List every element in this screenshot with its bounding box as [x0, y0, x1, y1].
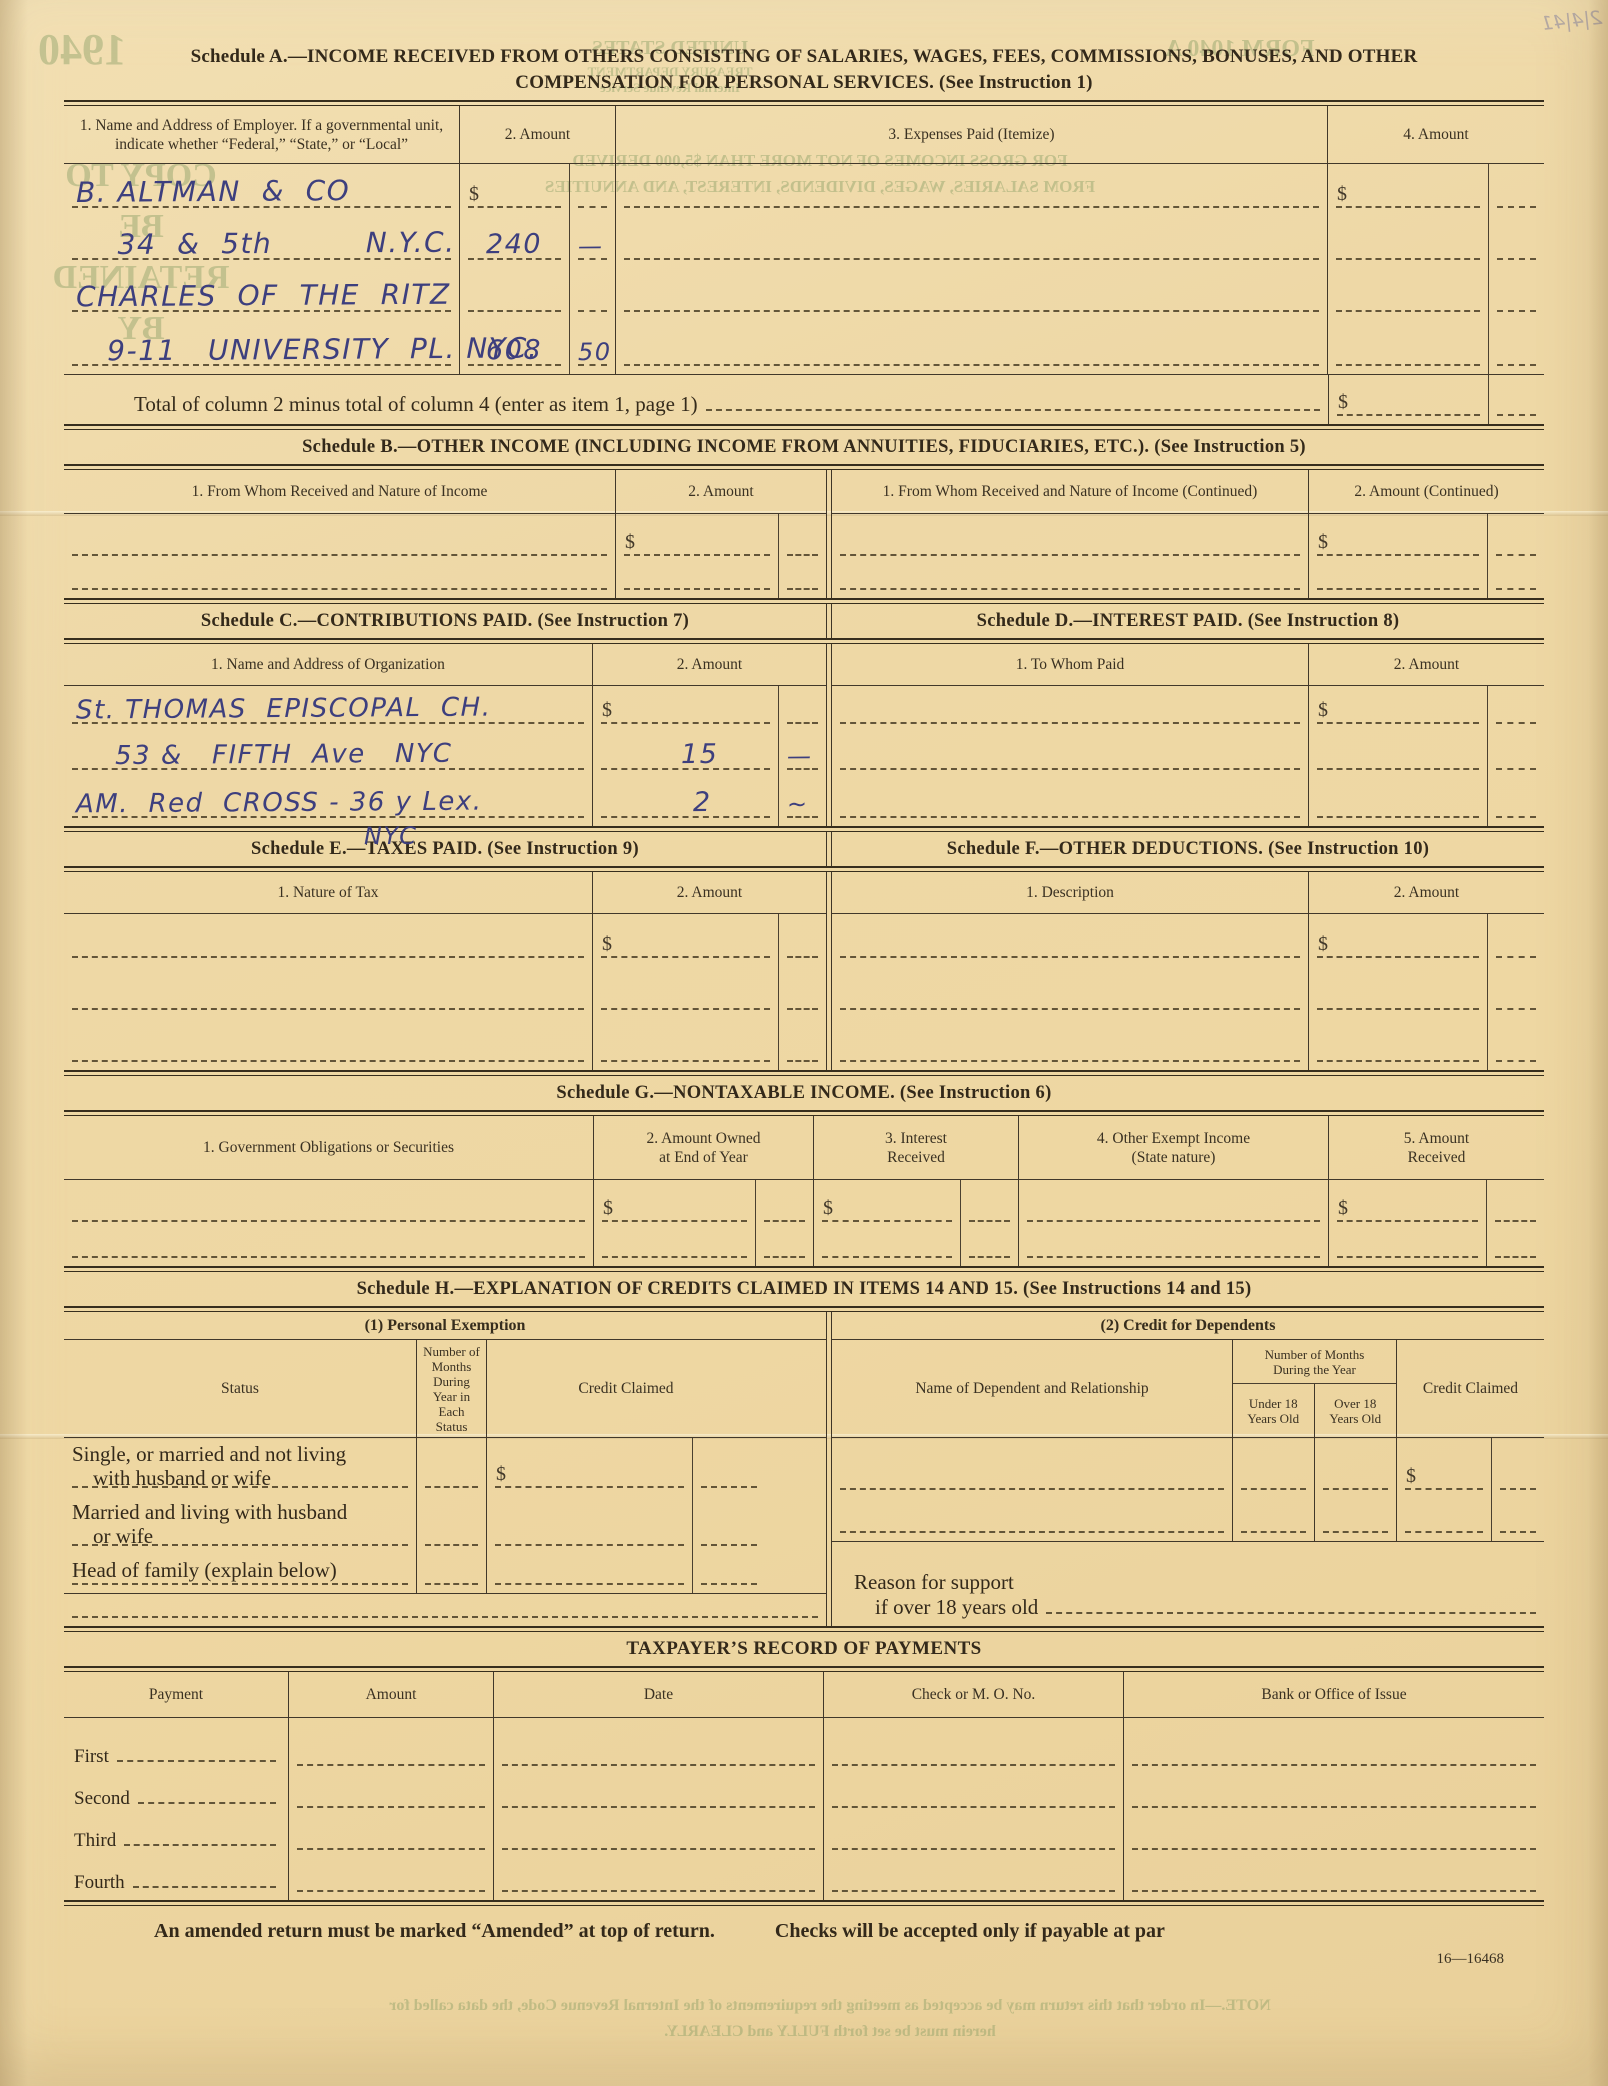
over-18-field [1315, 1438, 1397, 1498]
handwritten-organization: AM. Red CROSS - 36 y Lex. [76, 787, 483, 820]
amount-field [1309, 778, 1544, 826]
left-edge-shadow [0, 0, 28, 2086]
reason-for-support-label: Reason for support if over 18 years old [832, 1570, 1038, 1620]
schedule-a-row-3: CHARLES OF THE RITZ [64, 268, 1544, 320]
payment-label-cell: Fourth [64, 1858, 289, 1900]
col-header-label: 4. Amount [1403, 125, 1468, 144]
dollar-sign: $ [1318, 699, 1328, 722]
schedule-c-title: Schedule C.—CONTRIBUTIONS PAID. (See Ins… [64, 604, 826, 638]
deduction-field [832, 914, 1309, 966]
amount-field [1309, 564, 1544, 598]
col-header-label: 1. Nature of Tax [277, 883, 378, 902]
col-header-label: Name of Dependent and Relationship [915, 1379, 1148, 1398]
schedule-g-title: Schedule G.—NONTAXABLE INCOME. (See Inst… [64, 1076, 1544, 1110]
schedule-c-row-1: St. THOMAS EPISCOPAL CH. $ [64, 686, 826, 732]
payee-field [832, 778, 1309, 826]
explain-below-write-line [64, 1594, 826, 1626]
total-label-cell: Total of column 2 minus total of column … [64, 375, 1328, 424]
status-label: Single, or married and not living with h… [64, 1438, 416, 1490]
dollar-sign: $ [1318, 531, 1328, 554]
dollar-sign: $ [1338, 391, 1348, 414]
schedule-b-title: Schedule B.—OTHER INCOME (INCLUDING INCO… [64, 430, 1544, 464]
dollar-sign: $ [603, 1197, 613, 1220]
col-header-label: 2. Amount [677, 883, 742, 902]
payment-bank-field [1124, 1816, 1544, 1858]
payment-row-third: Third [64, 1816, 1544, 1858]
organization-field: St. THOMAS EPISCOPAL CH. [64, 686, 593, 732]
amount-field [593, 966, 826, 1018]
total-amount-field: $ [1328, 375, 1544, 424]
section-credit-dependents: (2) Credit for Dependents [832, 1312, 1544, 1340]
col-months-status: Number of Months During Year in Each Sta… [417, 1340, 487, 1437]
amount-owned-field: $ [594, 1180, 814, 1230]
col-header-label: Date [644, 1685, 673, 1704]
dollar-sign: $ [602, 699, 612, 722]
schedule-a-col-amount2: 2. Amount [460, 106, 616, 163]
schedule-c-d-table: 1. Name and Address of Organization 2. A… [64, 644, 1544, 826]
schedule-e-f-table: 1. Nature of Tax 2. Amount $ [64, 872, 1544, 1070]
status-cell: Married and living with husband or wife [64, 1496, 417, 1554]
schedule-b-left-row-1: $ [64, 514, 826, 564]
col-header-label: 1. Name and Address of Organization [211, 655, 445, 674]
other-exempt-field [1019, 1230, 1329, 1266]
status-row-head-of-family: Head of family (explain below) [64, 1554, 826, 1594]
handwritten-employer: CHARLES OF THE RITZ [76, 278, 451, 314]
expenses-field [616, 164, 1328, 216]
payment-row-first: First [64, 1718, 1544, 1774]
dashed-leader [706, 409, 1320, 411]
schedule-a-row-2: 34 & 5th N.Y.C. 240 — [64, 216, 1544, 268]
col-header-label: 4. Other Exempt Income (State nature) [1097, 1129, 1250, 1167]
amount2-field [460, 268, 616, 320]
checks-note: Checks will be accepted only if payable … [775, 1920, 1165, 1943]
amount-field: $ [593, 686, 826, 732]
col-gov-obligations: 1. Government Obligations or Securities [64, 1116, 594, 1179]
schedule-e-header: 1. Nature of Tax 2. Amount [64, 872, 826, 914]
payment-label: Third [74, 1830, 116, 1852]
amount-field: 2 ~ [593, 778, 826, 826]
col-amount: 2. Amount [1309, 872, 1544, 913]
tax-field [64, 966, 593, 1018]
col-description: 1. Description [832, 872, 1309, 913]
payment-bank-field [1124, 1718, 1544, 1774]
payment-date-field [494, 1858, 824, 1900]
schedule-d-row-1: $ [832, 686, 1544, 732]
col-dependent-name: Name of Dependent and Relationship [832, 1340, 1233, 1437]
amount-field [1309, 1018, 1544, 1070]
schedule-e-row-3 [64, 1018, 826, 1070]
schedule-c-header: 1. Name and Address of Organization 2. A… [64, 644, 826, 686]
status-cell: Single, or married and not living with h… [64, 1438, 417, 1496]
handwritten-cents: 50 [578, 338, 612, 366]
deduction-field [832, 1018, 1309, 1070]
col-header-label: 1. Description [1026, 883, 1114, 902]
income-source-field [64, 564, 616, 598]
dashed-leader [117, 1760, 276, 1762]
schedule-g-row-2 [64, 1230, 1544, 1266]
interest-received-field [814, 1230, 1019, 1266]
amount-received-field: $ [1329, 1180, 1544, 1230]
col-amount-continued: 2. Amount (Continued) [1309, 470, 1544, 513]
amount4-field [1328, 320, 1544, 374]
schedule-g-table: 1. Government Obligations or Securities … [64, 1116, 1544, 1266]
payment-label-cell: First [64, 1718, 289, 1774]
credit-cell [487, 1496, 765, 1554]
footer-notes: An amended return must be marked “Amende… [64, 1920, 1544, 1943]
status-label: Married and living with husband or wife [64, 1496, 416, 1548]
double-rule [64, 1900, 1544, 1906]
handwritten-overflow-nyc: NYC [364, 822, 418, 850]
col-over-18: Over 18 Years Old [1315, 1384, 1397, 1437]
handwritten-employer: 34 & 5th N.Y.C. [76, 226, 456, 262]
securities-field [64, 1180, 594, 1230]
handwritten-organization: St. THOMAS EPISCOPAL CH. [76, 693, 492, 726]
schedule-a-row-1: B. ALTMAN & CO $ $ [64, 164, 1544, 216]
amount-field: $ [616, 514, 826, 564]
dollar-sign: $ [823, 1197, 833, 1220]
col-header-label: Number of Months During Year in Each Sta… [423, 1344, 480, 1434]
col-amount-received: 5. Amount Received [1329, 1116, 1544, 1179]
dollar-sign: $ [1406, 1465, 1416, 1488]
income-source-field [64, 514, 616, 564]
col-header-label: 2. Amount [688, 482, 753, 501]
col-bank: Bank or Office of Issue [1124, 1672, 1544, 1717]
schedule-a-col-amount4: 4. Amount [1328, 106, 1544, 163]
dollar-sign: $ [602, 933, 612, 956]
under-18-field [1233, 1498, 1315, 1541]
employer-name-field: 9-11 UNIVERSITY PL. NYC. [64, 320, 460, 374]
col-header-label: Number of Months During the Year [1265, 1347, 1365, 1377]
schedule-a-header-row: 1. Name and Address of Employer. If a go… [64, 106, 1544, 164]
col-header-label: 1. To Whom Paid [1016, 655, 1125, 674]
deduction-field [832, 966, 1309, 1018]
tax-field [64, 1018, 593, 1070]
section-personal-exemption: (1) Personal Exemption [64, 1312, 826, 1340]
amount-field: $ [1309, 914, 1544, 966]
amount-field [1309, 966, 1544, 1018]
col-credit-claimed: Credit Claimed [487, 1340, 765, 1437]
amount-field: $ [1309, 514, 1544, 564]
expenses-field [616, 268, 1328, 320]
col-header-label: Over 18 Years Old [1329, 1396, 1381, 1426]
handwritten-amount: 240 [486, 229, 542, 260]
amount2-field: $ [460, 164, 616, 216]
amount-field [616, 564, 826, 598]
handwritten-cents: — [578, 232, 604, 260]
col-amount: 2. Amount [593, 644, 826, 685]
amount-field: $ [1309, 686, 1544, 732]
scanned-tax-form-page: 1940 UNITED STATES TREASURY DEPARTMENT I… [0, 0, 1608, 2086]
amount2-field: 240 — [460, 216, 616, 268]
payments-table: Payment Amount Date Check or M. O. No. B… [64, 1672, 1544, 1900]
payment-label: Fourth [74, 1872, 125, 1894]
col-header-label: 2. Amount [505, 125, 570, 144]
col-header-label: 1. From Whom Received and Nature of Inco… [192, 482, 488, 501]
col-credit-claimed: Credit Claimed [1397, 1340, 1544, 1437]
schedule-b-table: 1. From Whom Received and Nature of Inco… [64, 470, 1544, 598]
handwritten-cents: — [787, 742, 813, 770]
income-source-field [832, 514, 1309, 564]
payment-date-field [494, 1774, 824, 1816]
schedule-a-title: Schedule A.—INCOME RECEIVED FROM OTHERS … [64, 44, 1544, 100]
handwritten-cents: ~ [787, 790, 809, 818]
col-organization: 1. Name and Address of Organization [64, 644, 593, 685]
under-18-field [1233, 1438, 1315, 1498]
dependent-name-field [832, 1438, 1233, 1498]
col-header-label: 2. Amount [1394, 655, 1459, 674]
form-content: Schedule A.—INCOME RECEIVED FROM OTHERS … [64, 44, 1544, 1968]
total-label: Total of column 2 minus total of column … [134, 392, 698, 417]
schedule-a-title-line2: COMPENSATION FOR PERSONAL SERVICES. (See… [64, 70, 1544, 96]
ghost-note-line1: NOTE.—In order that this return may be a… [380, 1996, 1280, 2016]
schedule-f-row-2 [832, 966, 1544, 1018]
schedule-d-header: 1. To Whom Paid 2. Amount [832, 644, 1544, 686]
schedule-a-col-employer: 1. Name and Address of Employer. If a go… [64, 106, 460, 163]
schedule-e-row-2 [64, 966, 826, 1018]
dependent-row-2 [832, 1498, 1544, 1542]
months-cell [417, 1438, 487, 1496]
col-to-whom-paid: 1. To Whom Paid [832, 644, 1309, 685]
over-18-field [1315, 1498, 1397, 1541]
schedule-a-title-line1: Schedule A.—INCOME RECEIVED FROM OTHERS … [64, 44, 1544, 70]
interest-received-field: $ [814, 1180, 1019, 1230]
status-row-single: Single, or married and not living with h… [64, 1438, 826, 1496]
payment-date-field [494, 1816, 824, 1858]
schedule-h-right-header: Name of Dependent and Relationship Numbe… [832, 1340, 1544, 1438]
col-from-whom: 1. From Whom Received and Nature of Inco… [64, 470, 616, 513]
dependent-row-1: $ [832, 1438, 1544, 1498]
payment-bank-field [1124, 1774, 1544, 1816]
schedule-e-title: Schedule E.—TAXES PAID. (See Instruction… [64, 832, 826, 866]
col-amount: 2. Amount [1309, 644, 1544, 685]
amount-field [593, 1018, 826, 1070]
col-header-label: 3. Interest Received [885, 1129, 947, 1167]
col-header-label: Status [221, 1379, 259, 1398]
payment-row-fourth: Fourth [64, 1858, 1544, 1900]
dollar-sign: $ [496, 1463, 506, 1486]
dollar-sign: $ [469, 183, 479, 206]
col-under-18: Under 18 Years Old [1233, 1384, 1315, 1437]
payments-title: TAXPAYER’S RECORD OF PAYMENTS [64, 1632, 1544, 1666]
col-header-label: 1. Government Obligations or Securities [203, 1138, 454, 1157]
col-header-label: Credit Claimed [1423, 1379, 1518, 1398]
col-nature-of-tax: 1. Nature of Tax [64, 872, 593, 913]
schedule-c-row-3: AM. Red CROSS - 36 y Lex. NYC 2 ~ [64, 778, 826, 826]
payment-bank-field [1124, 1858, 1544, 1900]
col-date: Date [494, 1672, 824, 1717]
col-amount: Amount [289, 1672, 494, 1717]
schedule-a-total-row: Total of column 2 minus total of column … [64, 374, 1544, 424]
col-header-label: 5. Amount Received [1404, 1129, 1469, 1167]
income-source-field [832, 564, 1309, 598]
schedule-b-right-row-1: $ [832, 514, 1544, 564]
handwritten-amount: 2 [693, 787, 712, 818]
col-header-label: 2. Amount [1394, 883, 1459, 902]
schedule-f-title: Schedule F.—OTHER DEDUCTIONS. (See Instr… [832, 832, 1544, 866]
col-header-label: 1. Name and Address of Employer. If a go… [80, 116, 443, 154]
amount2-field: 608 50 [460, 320, 616, 374]
dollar-sign: $ [1338, 1197, 1348, 1220]
employer-name-field: CHARLES OF THE RITZ [64, 268, 460, 320]
credit-cell: $ [487, 1438, 765, 1496]
col-months-group: Number of Months During the Year Under 1… [1233, 1340, 1397, 1437]
dollar-sign: $ [625, 531, 635, 554]
months-cell [417, 1554, 487, 1593]
col-header-label: 2. Amount (Continued) [1354, 482, 1498, 501]
payment-amount-field [289, 1858, 494, 1900]
expenses-field [616, 216, 1328, 268]
payment-label: First [74, 1746, 109, 1768]
col-amount: 2. Amount [616, 470, 826, 513]
other-exempt-field [1019, 1180, 1329, 1230]
organization-field: 53 & FIFTH Ave NYC [64, 732, 593, 778]
col-amount-owned: 2. Amount Owned at End of Year [594, 1116, 814, 1179]
securities-field [64, 1230, 594, 1266]
col-header-label: Bank or Office of Issue [1261, 1685, 1406, 1704]
dashed-leader [1046, 1612, 1536, 1614]
amount-field: $ [593, 914, 826, 966]
col-other-exempt: 4. Other Exempt Income (State nature) [1019, 1116, 1329, 1179]
schedule-c-row-2: 53 & FIFTH Ave NYC 15 — [64, 732, 826, 778]
status-cell: Head of family (explain below) [64, 1554, 417, 1593]
employer-name-field: 34 & 5th N.Y.C. [64, 216, 460, 268]
schedule-b-right-header: 1. From Whom Received and Nature of Inco… [832, 470, 1544, 514]
handwritten-employer: B. ALTMAN & CO [76, 174, 350, 209]
dashed-leader [133, 1886, 276, 1888]
schedule-a-col-expenses: 3. Expenses Paid (Itemize) [616, 106, 1328, 163]
employer-name-field: B. ALTMAN & CO [64, 164, 460, 216]
amended-return-note: An amended return must be marked “Amende… [154, 1920, 715, 1943]
credit-cell [487, 1554, 765, 1593]
dollar-sign: $ [1318, 933, 1328, 956]
schedule-h-sections: (1) Personal Exemption (2) Credit for De… [64, 1312, 1544, 1340]
col-header-label: Amount [366, 1685, 417, 1704]
schedule-h-left-header: Status Number of Months During Year in E… [64, 1340, 826, 1438]
schedule-d-row-3 [832, 778, 1544, 826]
payee-field [832, 686, 1309, 732]
payment-date-field [494, 1718, 824, 1774]
schedule-b-left-header: 1. From Whom Received and Nature of Inco… [64, 470, 826, 514]
payment-label: Second [74, 1788, 130, 1810]
payment-check-field [824, 1858, 1124, 1900]
schedule-f-row-3 [832, 1018, 1544, 1070]
schedule-b-right-row-2 [832, 564, 1544, 598]
payment-amount-field [289, 1774, 494, 1816]
dollar-sign: $ [1337, 183, 1347, 206]
schedule-b-left-row-2 [64, 564, 826, 598]
organization-field: AM. Red CROSS - 36 y Lex. NYC [64, 778, 593, 826]
payment-amount-field [289, 1718, 494, 1774]
payment-check-field [824, 1774, 1124, 1816]
reason-for-support-row: Reason for support if over 18 years old [832, 1542, 1544, 1626]
amount4-field: $ [1328, 164, 1544, 216]
right-edge-shadow [1588, 0, 1608, 2086]
col-header-label: Under 18 Years Old [1247, 1396, 1299, 1426]
col-header-label: 1. From Whom Received and Nature of Inco… [883, 482, 1258, 501]
schedule-d-row-2 [832, 732, 1544, 778]
schedule-g-row-1: $ $ $ [64, 1180, 1544, 1230]
amount4-field [1328, 268, 1544, 320]
schedule-h-table: Status Number of Months During Year in E… [64, 1340, 1544, 1626]
credit-field [1397, 1498, 1544, 1541]
schedule-f-row-1: $ [832, 914, 1544, 966]
col-header-label: Check or M. O. No. [912, 1685, 1036, 1704]
col-header-label: 2. Amount Owned at End of Year [646, 1129, 760, 1167]
amount-received-field [1329, 1230, 1544, 1266]
dashed-leader [124, 1844, 276, 1846]
dashed-leader [138, 1802, 276, 1804]
status-label: Head of family (explain below) [64, 1554, 416, 1582]
col-amount: 2. Amount [593, 872, 826, 913]
col-payment: Payment [64, 1672, 289, 1717]
handwritten-organization: 53 & FIFTH Ave NYC [76, 739, 453, 772]
schedule-g-header: 1. Government Obligations or Securities … [64, 1116, 1544, 1180]
col-header-label: Payment [149, 1685, 203, 1704]
credit-field: $ [1397, 1438, 1544, 1498]
dependent-name-field [832, 1498, 1233, 1541]
schedule-a-row-4: 9-11 UNIVERSITY PL. NYC. 608 50 [64, 320, 1544, 374]
payment-check-field [824, 1718, 1124, 1774]
amount4-field [1328, 216, 1544, 268]
payment-row-second: Second [64, 1774, 1544, 1816]
schedule-e-row-1: $ [64, 914, 826, 966]
ghost-note-line2: herein must be set forth FULLY and CLEAR… [380, 2022, 1280, 2042]
col-header-label: Credit Claimed [578, 1379, 673, 1398]
tax-field [64, 914, 593, 966]
payment-label-cell: Second [64, 1774, 289, 1816]
payment-label-cell: Third [64, 1816, 289, 1858]
handwritten-amount: 15 [681, 739, 719, 770]
col-from-whom-continued: 1. From Whom Received and Nature of Inco… [832, 470, 1309, 513]
amount-owned-field [594, 1230, 814, 1266]
handwritten-amount: 608 [486, 335, 542, 366]
col-header-label: 2. Amount [677, 655, 742, 674]
months-cell [417, 1496, 487, 1554]
print-code-stamp: 16—16468 [64, 1951, 1544, 1968]
payment-amount-field [289, 1816, 494, 1858]
col-check-number: Check or M. O. No. [824, 1672, 1124, 1717]
schedule-d-title: Schedule D.—INTEREST PAID. (See Instruct… [832, 604, 1544, 638]
expenses-field [616, 320, 1328, 374]
amount-field [1309, 732, 1544, 778]
status-row-married: Married and living with husband or wife [64, 1496, 826, 1554]
payment-check-field [824, 1816, 1124, 1858]
schedule-f-header: 1. Description 2. Amount [832, 872, 1544, 914]
schedule-h-title: Schedule H.—EXPLANATION OF CREDITS CLAIM… [64, 1272, 1544, 1306]
payments-header: Payment Amount Date Check or M. O. No. B… [64, 1672, 1544, 1718]
payee-field [832, 732, 1309, 778]
col-interest-received: 3. Interest Received [814, 1116, 1019, 1179]
col-header-label: 3. Expenses Paid (Itemize) [888, 125, 1054, 144]
col-status: Status [64, 1340, 417, 1437]
amount-field: 15 — [593, 732, 826, 778]
